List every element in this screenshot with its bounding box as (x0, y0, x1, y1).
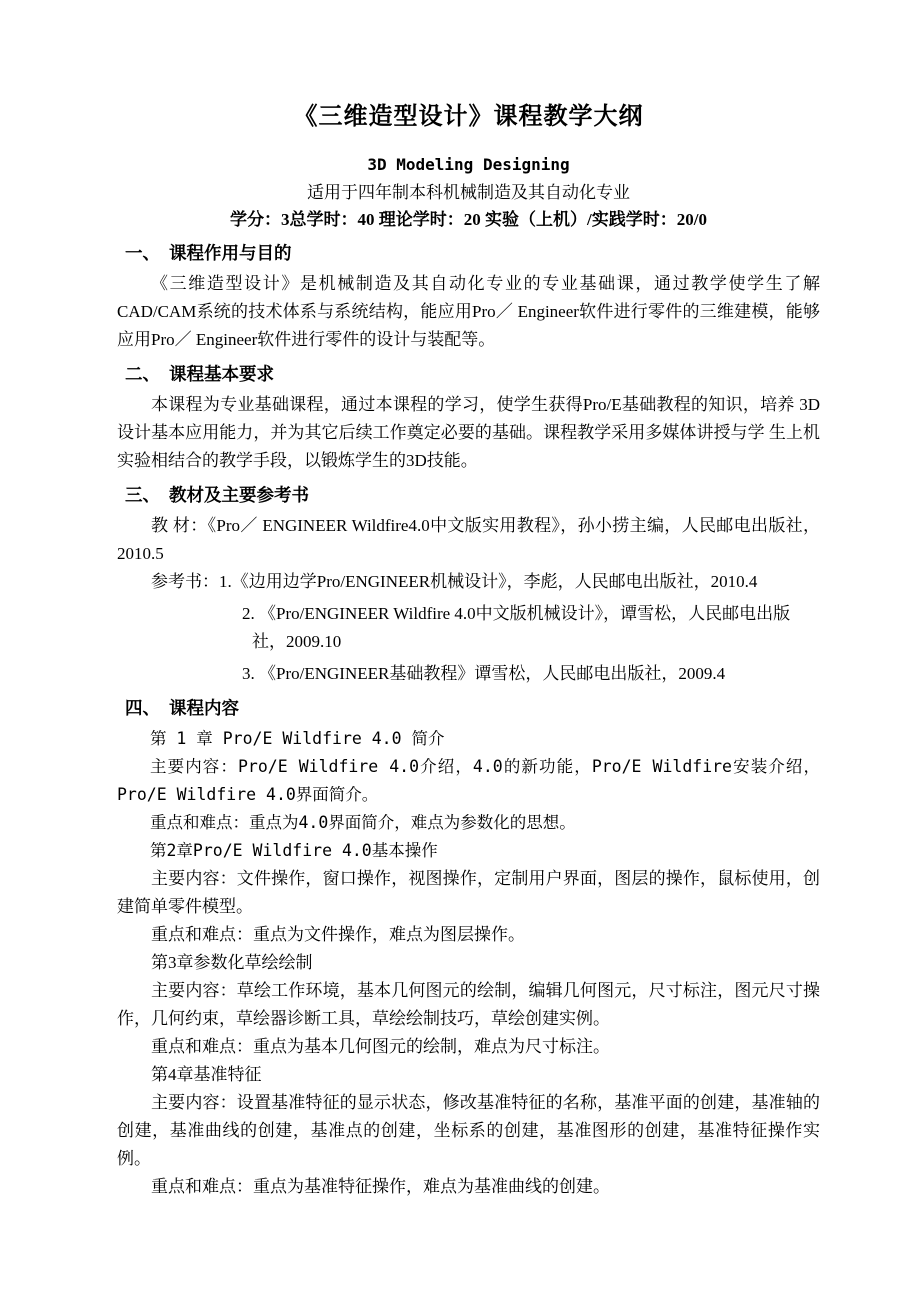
section-number: 二、 (125, 364, 160, 384)
chapter-2: 第2章Pro/E Wildfire 4.0基本操作 主要内容：文件操作，窗口操作… (117, 837, 820, 949)
reference-item-3: 3. 《Pro/ENGINEER基础教程》谭雪松，人民邮电出版社，2009.4 (242, 660, 820, 688)
chapter-2-focus: 重点和难点：重点为文件操作，难点为图层操作。 (117, 921, 820, 949)
textbook-line: 教 材：《Pro／ ENGINEER Wildfire4.0中文版实用教程》，孙… (117, 512, 820, 568)
chapter-3-focus: 重点和难点：重点为基本几何图元的绘制，难点为尺寸标注。 (117, 1033, 820, 1061)
chapter-1-title: 第 1 章 Pro/E Wildfire 4.0 简介 (117, 725, 820, 753)
section-heading-1: 一、课程作用与目的 (125, 239, 820, 267)
section-heading-4: 四、课程内容 (125, 694, 820, 722)
section-label: 课程作用与目的 (169, 243, 292, 263)
section-label: 课程内容 (169, 698, 239, 718)
section-2-paragraph: 本课程为专业基础课程，通过本课程的学习，使学生获得Pro/E基础教程的知识，培养… (117, 391, 820, 475)
reference-item-1: 参考书：1.《边用边学Pro/ENGINEER机械设计》，李彪，人民邮电出版社，… (117, 568, 820, 596)
chapter-4-content: 主要内容：设置基准特征的显示状态，修改基准特征的名称，基准平面的创建，基准轴的创… (117, 1089, 820, 1173)
section-course-purpose: 一、课程作用与目的 《三维造型设计》是机械制造及其自动化专业的专业基础课，通过教… (117, 239, 820, 354)
chapter-4: 第4章基准特征 主要内容：设置基准特征的显示状态，修改基准特征的名称，基准平面的… (117, 1061, 820, 1201)
chapter-1-content: 主要内容：Pro/E Wildfire 4.0介绍，4.0的新功能，Pro/E … (117, 753, 820, 809)
section-number: 一、 (125, 243, 160, 263)
section-course-content: 四、课程内容 第 1 章 Pro/E Wildfire 4.0 简介 主要内容：… (117, 694, 820, 1201)
section-heading-2: 二、课程基本要求 (125, 360, 820, 388)
chapter-3: 第3章参数化草绘绘制 主要内容：草绘工作环境，基本几何图元的绘制，编辑几何图元，… (117, 949, 820, 1061)
section-number: 三、 (125, 485, 160, 505)
chapter-2-content: 主要内容：文件操作，窗口操作，视图操作，定制用户界面，图层的操作，鼠标使用，创建… (117, 865, 820, 921)
chapter-3-content: 主要内容：草绘工作环境，基本几何图元的绘制，编辑几何图元，尺寸标注，图元尺寸操作… (117, 977, 820, 1033)
chapter-1-focus: 重点和难点：重点为4.0界面简介，难点为参数化的思想。 (117, 809, 820, 837)
section-label: 教材及主要参考书 (169, 485, 309, 505)
reference-item-2: 2. 《Pro/ENGINEER Wildfire 4.0中文版机械设计》，谭雪… (242, 600, 820, 656)
section-basic-requirements: 二、课程基本要求 本课程为专业基础课程，通过本课程的学习，使学生获得Pro/E基… (117, 360, 820, 475)
section-number: 四、 (125, 698, 160, 718)
chapter-4-focus: 重点和难点：重点为基准特征操作，难点为基准曲线的创建。 (117, 1173, 820, 1201)
section-heading-3: 三、教材及主要参考书 (125, 481, 820, 509)
section-label: 课程基本要求 (169, 364, 274, 384)
document-page: 《三维造型设计》课程教学大纲 3D Modeling Designing 适用于… (0, 0, 920, 1302)
section-1-paragraph: 《三维造型设计》是机械制造及其自动化专业的专业基础课，通过教学使学生了解CAD/… (117, 270, 820, 354)
page-title: 《三维造型设计》课程教学大纲 (117, 100, 820, 133)
course-title-english: 3D Modeling Designing (117, 151, 820, 179)
chapter-2-title: 第2章Pro/E Wildfire 4.0基本操作 (117, 837, 820, 865)
section-textbooks-references: 三、教材及主要参考书 教 材：《Pro／ ENGINEER Wildfire4.… (117, 481, 820, 688)
chapter-3-title: 第3章参数化草绘绘制 (117, 949, 820, 977)
chapter-1: 第 1 章 Pro/E Wildfire 4.0 简介 主要内容：Pro/E W… (117, 725, 820, 837)
course-credits-line: 学分：3总学时：40 理论学时：20 实验（上机）/实践学时：20/0 (117, 206, 820, 233)
course-audience: 适用于四年制本科机械制造及其自动化专业 (117, 179, 820, 206)
chapter-4-title: 第4章基准特征 (117, 1061, 820, 1089)
